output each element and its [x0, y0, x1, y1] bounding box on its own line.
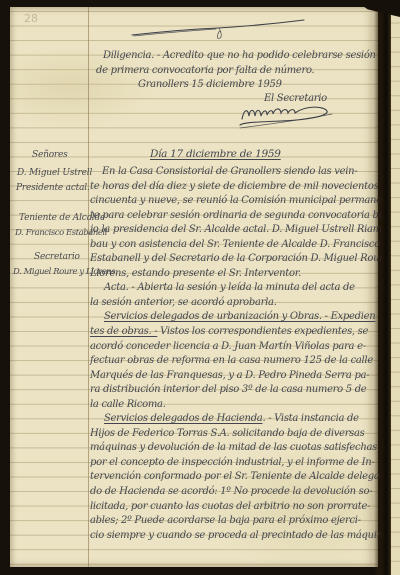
diligencia-line-2: de primera convocatoria por falta de núm…: [96, 64, 314, 78]
session-body-line: acordó conceder licencia a D. Juan Martí…: [90, 340, 366, 354]
session-body-line: tes de obras. - Vistos los correspondien…: [90, 325, 368, 339]
diligencia-dateline: Granollers 15 diciembre 1959: [138, 78, 282, 92]
session-body-line: te horas del día diez y siete de diciemb…: [90, 180, 378, 194]
session-body-line: Llorens, estando presente el Sr. Interve…: [90, 267, 301, 281]
session-body-line: jo la presidencia del Sr. Alcalde actal.…: [90, 223, 385, 237]
margin-heading: Señores: [32, 148, 68, 162]
session-body-line: Estabanell y del Secretario de la Corpor…: [90, 252, 398, 266]
session-body-line: En la Casa Consistorial de Granollers si…: [102, 165, 357, 179]
book-spine-edge: [374, 0, 390, 575]
margin-rule-line: [88, 7, 89, 567]
diligencia-line-1: Diligencia. - Acredito que no ha podido …: [103, 49, 376, 63]
session-body-line: Acta. - Abierta la sesión y leída la min…: [104, 281, 355, 295]
session-body-line: Marqués de las Franquesas, y a D. Pedro …: [90, 369, 369, 383]
session-section-title-hacienda: Servicios delegados de Hacienda. - Vista…: [104, 412, 359, 426]
session-body-line: licitada, por cuanto las cuotas del arbi…: [90, 500, 370, 514]
session-body-line: Hijos de Federico Torras S.A. solicitand…: [90, 427, 365, 441]
margin-name-president: D. Miguel Ustrell: [17, 166, 92, 180]
session-body-line: bau y con asistencia del Sr. Teniente de…: [90, 238, 380, 252]
session-body-line: fectuar obras de reforma en la casa nume…: [90, 354, 373, 368]
session-body-line: cincuenta y nueve, se reunió la Comisión…: [90, 194, 391, 208]
next-page-sliver: [390, 0, 400, 575]
session-body-line: máquinas y devolución de la mitad de las…: [90, 441, 377, 455]
scanned-document-page: 28 Diligencia. - Acredito que no ha podi…: [0, 0, 400, 575]
margin-role-secretary: Secretario: [34, 250, 80, 264]
session-body-line: do de Hacienda se acordó: 1º No procede …: [90, 485, 372, 499]
session-body-line: ables; 2º Puede acordarse la baja para e…: [90, 514, 361, 528]
pen-flourish-stroke: [128, 18, 308, 42]
session-body-line: la sesión anterior, se acordó aprobarla.: [90, 296, 277, 310]
signature-scribble-icon: [236, 101, 340, 133]
session-date-heading: Día 17 diciembre de 1959: [150, 147, 281, 161]
margin-role-president: Presidente actal.: [16, 181, 90, 195]
session-body-line: tervención conformado por el Sr. Tenient…: [90, 470, 383, 484]
faint-page-number: 28: [24, 12, 38, 25]
session-section-title-obras: Servicios delegados de urbanización y Ob…: [104, 310, 375, 324]
session-body-line: cio siempre y cuando se proceda al preci…: [90, 529, 396, 543]
session-body-line: la calle Ricoma.: [90, 398, 166, 412]
session-body-line: por el concepto de inspección industrial…: [90, 456, 374, 470]
session-body-line: te para celebrar sesión ordinaria de seg…: [90, 209, 387, 223]
session-body-line: ra distribución interior del piso 3º de …: [90, 383, 366, 397]
